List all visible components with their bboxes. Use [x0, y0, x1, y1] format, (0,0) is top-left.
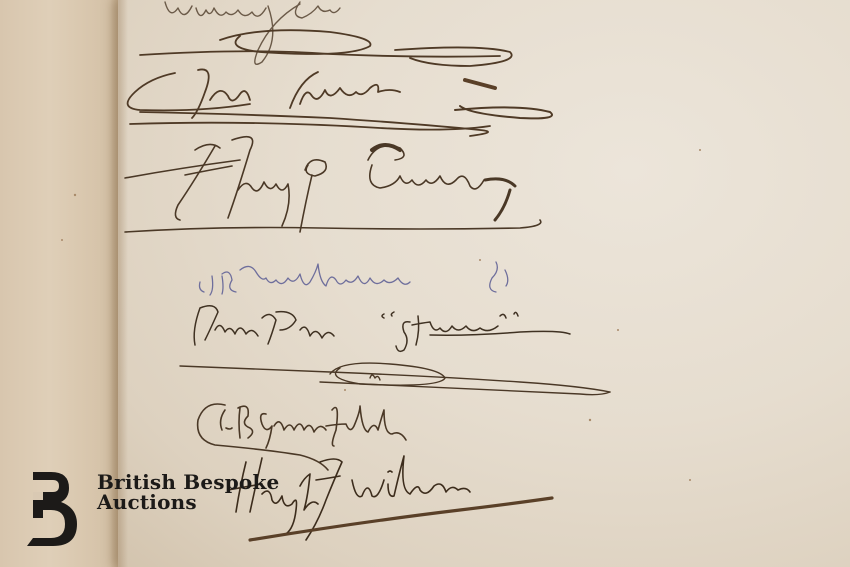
signature-page-photo: British Bespoke Auctions [0, 0, 850, 567]
paper-specks [61, 149, 701, 481]
watermark-text: British Bespoke Auctions [97, 472, 279, 512]
watermark-logo: British Bespoke Auctions [25, 470, 279, 550]
signature-mcphin-starter [194, 306, 570, 352]
bba-b-monogram-icon [25, 470, 85, 550]
signature-henry-goodley [125, 137, 541, 232]
flourish-line [180, 363, 610, 395]
signature-tom-walker [128, 30, 552, 136]
signature-wauklyn [200, 262, 508, 295]
watermark-line1: British Bespoke [97, 472, 279, 492]
signature-greenfield [198, 404, 406, 470]
watermark-line2: Auctions [97, 492, 279, 512]
